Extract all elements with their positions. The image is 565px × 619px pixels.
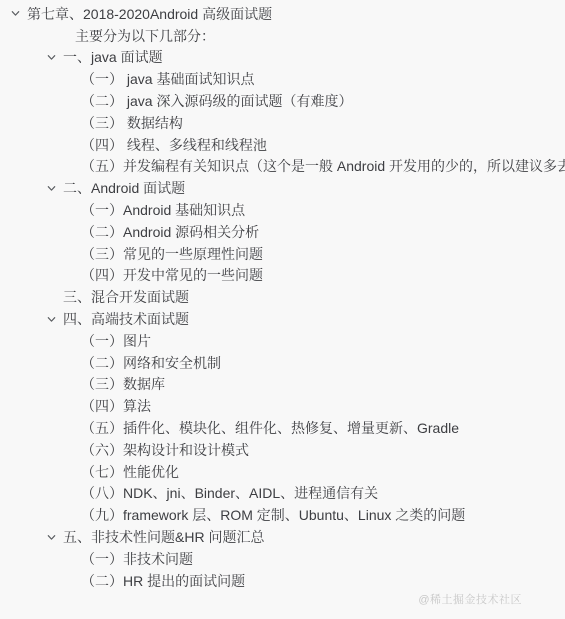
outline-item-label: 五、非技术性问题&HR 问题汇总 [63, 530, 264, 544]
outline-item-label: （二） java 深入源码级的面试题（有难度） [81, 94, 352, 108]
outline-item-section[interactable]: 五、非技术性问题&HR 问题汇总 [0, 526, 565, 548]
outline-item[interactable]: （二） java 深入源码级的面试题（有难度） [0, 90, 565, 112]
outline-item-label: 四、高端技术面试题 [63, 312, 189, 326]
outline-item[interactable]: （四）开发中常见的一些问题 [0, 265, 565, 287]
outline-item-label: 主要分为以下几部分： [75, 29, 215, 43]
outline-item-label: （六）架构设计和设计模式 [81, 443, 249, 457]
outline-item-section[interactable]: 二、Android 面试题 [0, 177, 565, 199]
outline-item-label: 一、java 面试题 [63, 50, 163, 64]
outline-item-label: （一）Android 基础知识点 [81, 203, 245, 217]
chevron-down-icon[interactable] [45, 51, 58, 64]
outline-item-label: （三） 数据结构 [81, 116, 183, 130]
outline-item-label: 二、Android 面试题 [63, 181, 185, 195]
outline-item[interactable]: （一）非技术问题 [0, 548, 565, 570]
outline-item-label: （二）Android 源码相关分析 [81, 225, 259, 239]
outline-item[interactable]: （二）HR 提出的面试问题 [0, 570, 565, 592]
chevron-down-icon[interactable] [9, 7, 22, 20]
outline-item[interactable]: （三） 数据结构 [0, 112, 565, 134]
outline-item-label: （四） 线程、多线程和线程池 [81, 138, 267, 152]
outline-item[interactable]: （四） 线程、多线程和线程池 [0, 134, 565, 156]
outline-item-section[interactable]: 三、混合开发面试题 [0, 286, 565, 308]
outline-item-label: （四）算法 [81, 399, 151, 413]
outline-item[interactable]: （三）数据库 [0, 374, 565, 396]
outline-item[interactable]: （二）Android 源码相关分析 [0, 221, 565, 243]
outline-item-label: （二）HR 提出的面试问题 [81, 574, 245, 588]
chevron-down-icon[interactable] [45, 313, 58, 326]
outline-item-label: （一）图片 [81, 334, 151, 348]
outline-item[interactable]: （一）Android 基础知识点 [0, 199, 565, 221]
outline-item-label: （二）网络和安全机制 [81, 356, 221, 370]
outline-item[interactable]: （三）常见的一些原理性问题 [0, 243, 565, 265]
outline-item-section[interactable]: 一、java 面试题 [0, 47, 565, 69]
outline-item[interactable]: （六）架构设计和设计模式 [0, 439, 565, 461]
outline-item[interactable]: （五）并发编程有关知识点（这个是一般 Android 开发用的少的，所以建议多去… [0, 156, 565, 178]
outline-item[interactable]: （九）framework 层、ROM 定制、Ubuntu、Linux 之类的问题 [0, 504, 565, 526]
outline-item-label: （五）并发编程有关知识点（这个是一般 Android 开发用的少的，所以建议多去… [81, 159, 565, 173]
outline-item-label: （一） java 基础面试知识点 [81, 72, 254, 86]
outline-item[interactable]: （二）网络和安全机制 [0, 352, 565, 374]
juejin-watermark: @稀土掘金技术社区 [418, 591, 522, 607]
outline-item-label: （七）性能优化 [81, 465, 179, 479]
outline-item-paragraph[interactable]: 主要分为以下几部分： [0, 25, 565, 47]
outline-item-label: （一）非技术问题 [81, 552, 193, 566]
outline-item-section[interactable]: 四、高端技术面试题 [0, 308, 565, 330]
outline-item-label: （四）开发中常见的一些问题 [81, 268, 263, 282]
outline-item-label: 三、混合开发面试题 [63, 290, 189, 304]
outline-item[interactable]: （一）图片 [0, 330, 565, 352]
outline-item[interactable]: （五）插件化、模块化、组件化、热修复、增量更新、Gradle [0, 417, 565, 439]
outline-item-label: 第七章、2018-2020Android 高级面试题 [27, 7, 272, 21]
outline-item-label: （三）数据库 [81, 377, 165, 391]
outline-item-label: （八）NDK、jni、Binder、AIDL、进程通信有关 [81, 486, 378, 500]
outline-item-chapter[interactable]: 第七章、2018-2020Android 高级面试题 [0, 3, 565, 25]
outline-document: 第七章、2018-2020Android 高级面试题 主要分为以下几部分： 一、… [0, 0, 565, 619]
outline-item[interactable]: （四）算法 [0, 395, 565, 417]
outline-item-label: （三）常见的一些原理性问题 [81, 247, 263, 261]
outline-item[interactable]: （八）NDK、jni、Binder、AIDL、进程通信有关 [0, 483, 565, 505]
outline-item-label: （九）framework 层、ROM 定制、Ubuntu、Linux 之类的问题 [81, 508, 465, 522]
outline-item[interactable]: （一） java 基础面试知识点 [0, 68, 565, 90]
outline-item[interactable]: （七）性能优化 [0, 461, 565, 483]
chevron-down-icon[interactable] [45, 182, 58, 195]
outline-item-label: （五）插件化、模块化、组件化、热修复、增量更新、Gradle [81, 421, 459, 435]
chevron-down-icon[interactable] [45, 531, 58, 544]
